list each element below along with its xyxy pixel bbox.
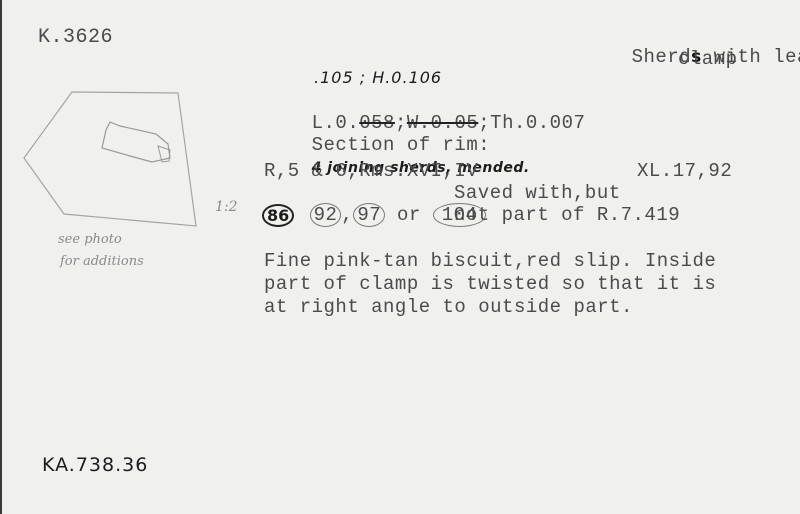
saved-line1: Saved with,but [454,182,621,204]
pencil-note-line2: for additions [60,254,144,269]
catalog-card: K.3626 Sherds with lead clamp .105 ; H.0… [0,0,800,514]
scale-label: 1:2 [215,199,238,215]
circled-92: 92 [310,203,342,227]
description-line: at right angle to outside part. [264,296,633,318]
object-title-line2: clamp [678,48,738,70]
circled-number: 86 [262,206,294,226]
alternate-numbers: 92,97 or 104 [262,182,486,248]
circled-97: 97 [353,203,385,227]
pencil-note-line1: see photo [58,232,122,247]
dimension-correction: .105 ; H.0.106 [314,68,442,87]
saved-line2: not part of R.7.419 [454,204,680,226]
sherd-drawing [2,0,262,280]
section-label: Section of rim: [312,134,491,156]
circled-86: 86 [262,204,294,227]
or-text: or [385,204,433,226]
comma: , [341,204,353,226]
location-line: R,5 & 6,Rms.XVI,IV [264,160,478,182]
reference: XL.17,92 [637,160,732,182]
description-line: Fine pink-tan biscuit,red slip. Inside [264,250,716,272]
description-line: part of clamp is twisted so that it is [264,273,716,295]
inventory-number: KA.738.36 [42,454,148,476]
